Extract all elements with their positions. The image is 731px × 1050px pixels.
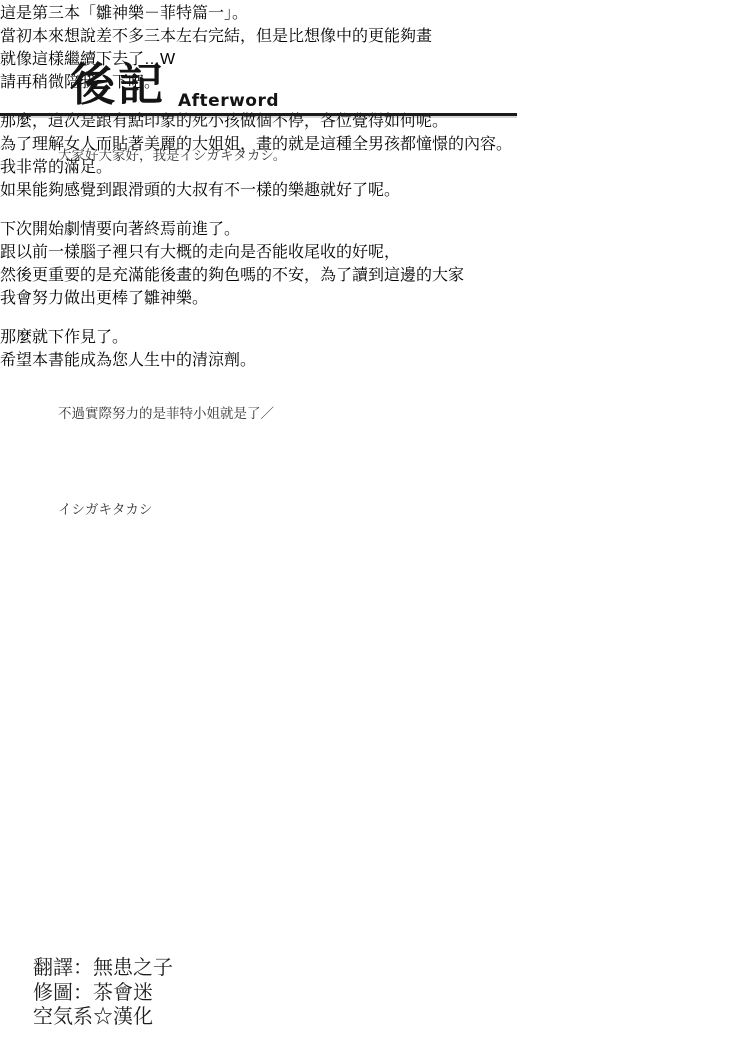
- body-line: 當初本來想說差不多三本左右完結，但是比想像中的更能夠畫: [0, 23, 731, 46]
- header-divider: [0, 113, 517, 116]
- body-line: 這是第三本「雛神樂－菲特篇一」。: [0, 0, 731, 23]
- body-line: 我會努力做出更棒了雛神樂。: [0, 285, 731, 308]
- body-line: 大家好大家好，我是イシガキタカシ。: [58, 148, 286, 163]
- credit-group: 空気系☆漢化: [33, 1005, 173, 1030]
- body-line: 那麼就下作見了。: [0, 324, 731, 347]
- credit-retouch: 修圖：茶會迷: [33, 981, 173, 1006]
- body-line: 不過實際努力的是菲特小姐就是了／: [58, 406, 274, 421]
- afterword-page: 後記 Afterword 大家好大家好，我是イシガキタカシ。 這是第三本「雛神樂…: [0, 0, 731, 1050]
- body-paragraph: 不過實際努力的是菲特小姐就是了／: [58, 405, 274, 422]
- body-line: 希望本書能成為您人生中的清涼劑。: [0, 347, 731, 370]
- credit-translator: 翻譯：無患之子: [33, 956, 173, 981]
- page-subtitle: Afterword: [178, 93, 279, 110]
- page-title: 後記: [70, 62, 166, 107]
- body-line: 跟以前一樣腦子裡只有大概的走向是否能收尾收的好呢，: [0, 239, 731, 262]
- credits-block: 翻譯：無患之子 修圖：茶會迷 空気系☆漢化: [33, 956, 173, 1030]
- body-line: 下次開始劇情要向著終焉前進了。: [0, 216, 731, 239]
- body-paragraph: 大家好大家好，我是イシガキタカシ。: [58, 147, 286, 164]
- body-line: 然後更重要的是充滿能後畫的夠色嗎的不安，為了讀到這邊的大家: [0, 262, 731, 285]
- author-signature: イシガキタカシ: [58, 501, 152, 518]
- body-line: 那麼，這次是跟有點印象的死小孩做個不停，各位覺得如何呢。: [0, 108, 731, 131]
- body-line: 如果能夠感覺到跟滑頭的大叔有不一樣的樂趣就好了呢。: [0, 177, 731, 200]
